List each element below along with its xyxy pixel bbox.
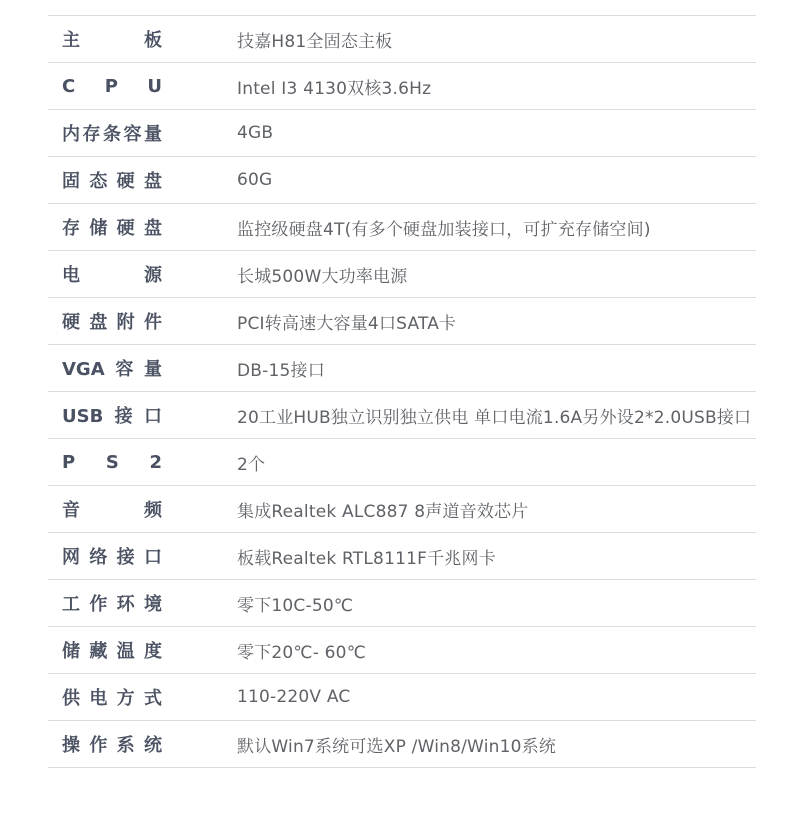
spec-row-label-segment: P bbox=[105, 76, 118, 97]
spec-row-label-segment: 方 bbox=[117, 684, 135, 710]
spec-row-label: 网络接口 bbox=[62, 543, 162, 569]
spec-row-label: 工作环境 bbox=[62, 590, 162, 616]
spec-row: 网络接口板载Realtek RTL8111F千兆网卡 bbox=[48, 533, 756, 580]
spec-row-value: 零下10C-50℃ bbox=[237, 591, 353, 616]
spec-row-label-segment: 藏 bbox=[89, 637, 107, 663]
spec-row-label-segment: 音 bbox=[62, 496, 80, 522]
spec-row-label-segment: 量 bbox=[144, 355, 162, 381]
spec-row-value: 技嘉H81全固态主板 bbox=[237, 27, 392, 52]
spec-row-label: 硬盘附件 bbox=[62, 308, 162, 334]
spec-row-label-segment: 温 bbox=[117, 637, 135, 663]
spec-row: 工作环境零下10C-50℃ bbox=[48, 580, 756, 627]
spec-row-value: 20工业HUB独立识别独立供电 单口电流1.6A另外设2*2.0USB接口 bbox=[237, 403, 751, 428]
spec-row-label-segment: VGA bbox=[62, 359, 105, 380]
spec-row: 主板技嘉H81全固态主板 bbox=[48, 16, 756, 63]
spec-row-label-segment: 条 bbox=[103, 120, 121, 146]
spec-row-label-segment: 2 bbox=[149, 452, 162, 473]
spec-row: 音频集成Realtek ALC887 8声道音效芯片 bbox=[48, 486, 756, 533]
spec-row-label-segment: 环 bbox=[117, 590, 135, 616]
spec-row-label-segment: 固 bbox=[62, 167, 80, 193]
spec-row-label-segment: P bbox=[62, 452, 75, 473]
spec-row: 内存条容量4GB bbox=[48, 110, 756, 157]
spec-row-label-segment: 境 bbox=[144, 590, 162, 616]
spec-row-label: 储藏温度 bbox=[62, 637, 162, 663]
spec-row-label-segment: 储 bbox=[89, 214, 107, 240]
spec-row-label-segment: 作 bbox=[89, 590, 107, 616]
spec-row-value: 2个 bbox=[237, 450, 265, 475]
spec-row-label: CPU bbox=[62, 76, 162, 97]
spec-row-label: 主板 bbox=[62, 26, 162, 52]
spec-row-label-segment: 作 bbox=[89, 731, 107, 757]
spec-row-label: 内存条容量 bbox=[62, 120, 162, 146]
spec-row-label-segment: 盘 bbox=[144, 214, 162, 240]
spec-row-label-segment: 硬 bbox=[117, 214, 135, 240]
spec-row-label-segment: 统 bbox=[144, 731, 162, 757]
spec-row-label: 电源 bbox=[62, 261, 162, 287]
spec-row-label: PS2 bbox=[62, 452, 162, 473]
spec-row-label-segment: C bbox=[62, 76, 75, 97]
spec-row-label: 音频 bbox=[62, 496, 162, 522]
spec-row-value: 长城500W大功率电源 bbox=[237, 262, 407, 287]
spec-row-label-segment: 工 bbox=[62, 590, 80, 616]
spec-row-label-segment: 度 bbox=[144, 637, 162, 663]
spec-row-label-segment: 口 bbox=[144, 543, 162, 569]
spec-row: 硬盘附件PCI转高速大容量4口SATA卡 bbox=[48, 298, 756, 345]
spec-row-label: 供电方式 bbox=[62, 684, 162, 710]
spec-row-label-segment: 频 bbox=[144, 496, 162, 522]
spec-row-label-segment: 存 bbox=[62, 214, 80, 240]
spec-row: 操作系统默认Win7系统可选XP /Win8/Win10系统 bbox=[48, 721, 756, 768]
spec-row-label: 存储硬盘 bbox=[62, 214, 162, 240]
spec-row-label-segment: 内 bbox=[62, 120, 80, 146]
spec-row-label-segment: 态 bbox=[89, 167, 107, 193]
spec-row-label-segment: 盘 bbox=[89, 308, 107, 334]
spec-row-label-segment: 电 bbox=[89, 684, 107, 710]
spec-row: VGA容量DB-15接口 bbox=[48, 345, 756, 392]
spec-row-value: 默认Win7系统可选XP /Win8/Win10系统 bbox=[237, 732, 556, 757]
spec-row-label-segment: 系 bbox=[117, 731, 135, 757]
spec-row-label-segment: 口 bbox=[144, 402, 162, 428]
spec-row-label-segment: 式 bbox=[144, 684, 162, 710]
spec-row-label-segment: U bbox=[147, 76, 162, 97]
spec-row-value: 零下20℃- 60℃ bbox=[237, 638, 366, 663]
spec-row-label-segment: 存 bbox=[83, 120, 101, 146]
spec-row-label-segment: 容 bbox=[124, 120, 142, 146]
product-spec-page: 主板技嘉H81全固态主板CPUIntel I3 4130双核3.6Hz内存条容量… bbox=[0, 0, 790, 835]
spec-row-label-segment: 供 bbox=[62, 684, 80, 710]
spec-row-value: DB-15接口 bbox=[237, 356, 325, 381]
spec-row-value: Intel I3 4130双核3.6Hz bbox=[237, 74, 431, 99]
spec-row-label-segment: 络 bbox=[89, 543, 107, 569]
spec-row-label: 固态硬盘 bbox=[62, 167, 162, 193]
spec-row-label: VGA容量 bbox=[62, 355, 162, 381]
spec-row-label-segment: 盘 bbox=[144, 167, 162, 193]
spec-row-label-segment: 操 bbox=[62, 731, 80, 757]
spec-row: 固态硬盘60G bbox=[48, 157, 756, 204]
spec-row: 电源长城500W大功率电源 bbox=[48, 251, 756, 298]
spec-row-label-segment: 电 bbox=[62, 261, 80, 287]
spec-row: USB接口20工业HUB独立识别独立供电 单口电流1.6A另外设2*2.0USB… bbox=[48, 392, 756, 439]
spec-row: CPUIntel I3 4130双核3.6Hz bbox=[48, 63, 756, 110]
spec-row-value: 板载Realtek RTL8111F千兆网卡 bbox=[237, 544, 496, 569]
spec-row-value: 60G bbox=[237, 170, 272, 190]
spec-row-label: 操作系统 bbox=[62, 731, 162, 757]
spec-row: 存储硬盘监控级硬盘4T(有多个硬盘加装接口，可扩充存储空间) bbox=[48, 204, 756, 251]
spec-table: 主板技嘉H81全固态主板CPUIntel I3 4130双核3.6Hz内存条容量… bbox=[48, 15, 756, 768]
spec-row: PS22个 bbox=[48, 439, 756, 486]
spec-row-label-segment: USB bbox=[62, 406, 103, 427]
spec-row-label-segment: 附 bbox=[117, 308, 135, 334]
spec-row-label-segment: 容 bbox=[115, 355, 133, 381]
spec-row-label-segment: 主 bbox=[62, 26, 80, 52]
spec-row-label-segment: 接 bbox=[115, 402, 133, 428]
spec-row-label-segment: 接 bbox=[117, 543, 135, 569]
spec-row-label-segment: 硬 bbox=[117, 167, 135, 193]
spec-row-label-segment: S bbox=[106, 452, 119, 473]
spec-row-value: 110-220V AC bbox=[237, 687, 350, 707]
spec-row-label-segment: 储 bbox=[62, 637, 80, 663]
spec-row: 储藏温度零下20℃- 60℃ bbox=[48, 627, 756, 674]
spec-row-label-segment: 件 bbox=[144, 308, 162, 334]
spec-row-label-segment: 网 bbox=[62, 543, 80, 569]
spec-row-value: 4GB bbox=[237, 123, 273, 143]
spec-row-label-segment: 量 bbox=[144, 120, 162, 146]
spec-row-value: 监控级硬盘4T(有多个硬盘加装接口，可扩充存储空间) bbox=[237, 215, 651, 240]
spec-row-label-segment: 源 bbox=[144, 261, 162, 287]
spec-row-label-segment: 硬 bbox=[62, 308, 80, 334]
spec-row-label-segment: 板 bbox=[144, 26, 162, 52]
spec-row: 供电方式110-220V AC bbox=[48, 674, 756, 721]
spec-row-label: USB接口 bbox=[62, 402, 162, 428]
spec-row-value: PCI转高速大容量4口SATA卡 bbox=[237, 309, 456, 334]
spec-row-value: 集成Realtek ALC887 8声道音效芯片 bbox=[237, 497, 528, 522]
